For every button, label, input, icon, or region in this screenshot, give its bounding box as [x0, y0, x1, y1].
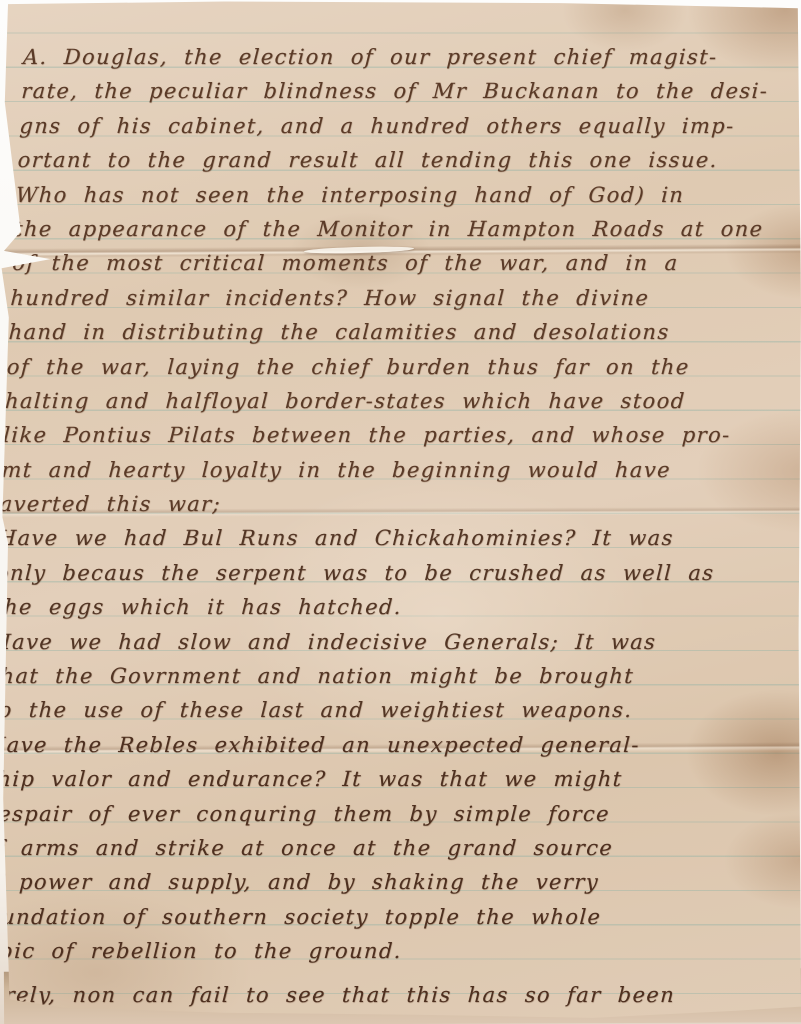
handwritten-line: Who has not seen the interposing hand of…: [15, 178, 789, 212]
handwritten-line: the appearance of the Monitor in Hampton…: [13, 212, 787, 246]
handwritten-line: rate, the peculiar blindness of Mr Bucka…: [20, 74, 794, 108]
handwritten-text: A. Douglas, the election of our present …: [0, 40, 796, 1012]
handwritten-line: Have we had Bul Runs and Chickahominies?…: [0, 521, 771, 555]
handwritten-line: like Pontius Pilats between the parties,…: [2, 418, 776, 452]
handwritten-line: gns of his cabinet, and a hundred others…: [19, 109, 793, 143]
handwritten-line: ortant to the grand result all tending t…: [17, 143, 791, 177]
manuscript-page: A. Douglas, the election of our present …: [0, 0, 801, 1024]
handwritten-line: the eggs which it has hatched.: [0, 590, 767, 624]
scanned-document: A. Douglas, the election of our present …: [0, 0, 801, 1024]
handwritten-line: A. Douglas, the election of our present …: [22, 40, 796, 74]
handwritten-line: Have we had slow and indecisive Generals…: [0, 625, 765, 659]
handwritten-line: Surely, non can fail to see that this ha…: [0, 978, 747, 1012]
handwritten-line: averted this war;: [0, 487, 773, 521]
handwritten-line: ship valor and endurance? It was that we…: [0, 762, 758, 796]
handwritten-line: of arms and strike at once at the grand …: [0, 831, 755, 865]
handwritten-line: only becaus the serpent was to be crushe…: [0, 556, 769, 590]
handwritten-line: of the war, laying the chief burden thus…: [6, 350, 780, 384]
handwritten-line: halting and halfloyal border-states whic…: [4, 384, 778, 418]
handwritten-line: of the most critical moments of the war,…: [11, 246, 785, 280]
handwritten-line: of power and supply, and by shaking the …: [0, 865, 753, 899]
handwritten-line: hundred similar incidents? How signal th…: [10, 281, 784, 315]
handwritten-line: to the use of these last and weightiest …: [0, 693, 762, 727]
handwritten-line: fabic of rebellion to the ground.: [0, 934, 749, 968]
handwritten-line: that the Govrnment and nation might be b…: [0, 659, 764, 693]
handwritten-line: despair of ever conquring them by simple…: [0, 797, 756, 831]
handwritten-line: foundation of southern society topple th…: [0, 900, 751, 934]
handwritten-line: hand in distributing the calamities and …: [8, 315, 782, 349]
handwritten-line: mt and hearty loyalty in the beginning w…: [1, 453, 775, 487]
handwritten-line: Have the Rebles exhibited an unexpected …: [0, 728, 760, 762]
